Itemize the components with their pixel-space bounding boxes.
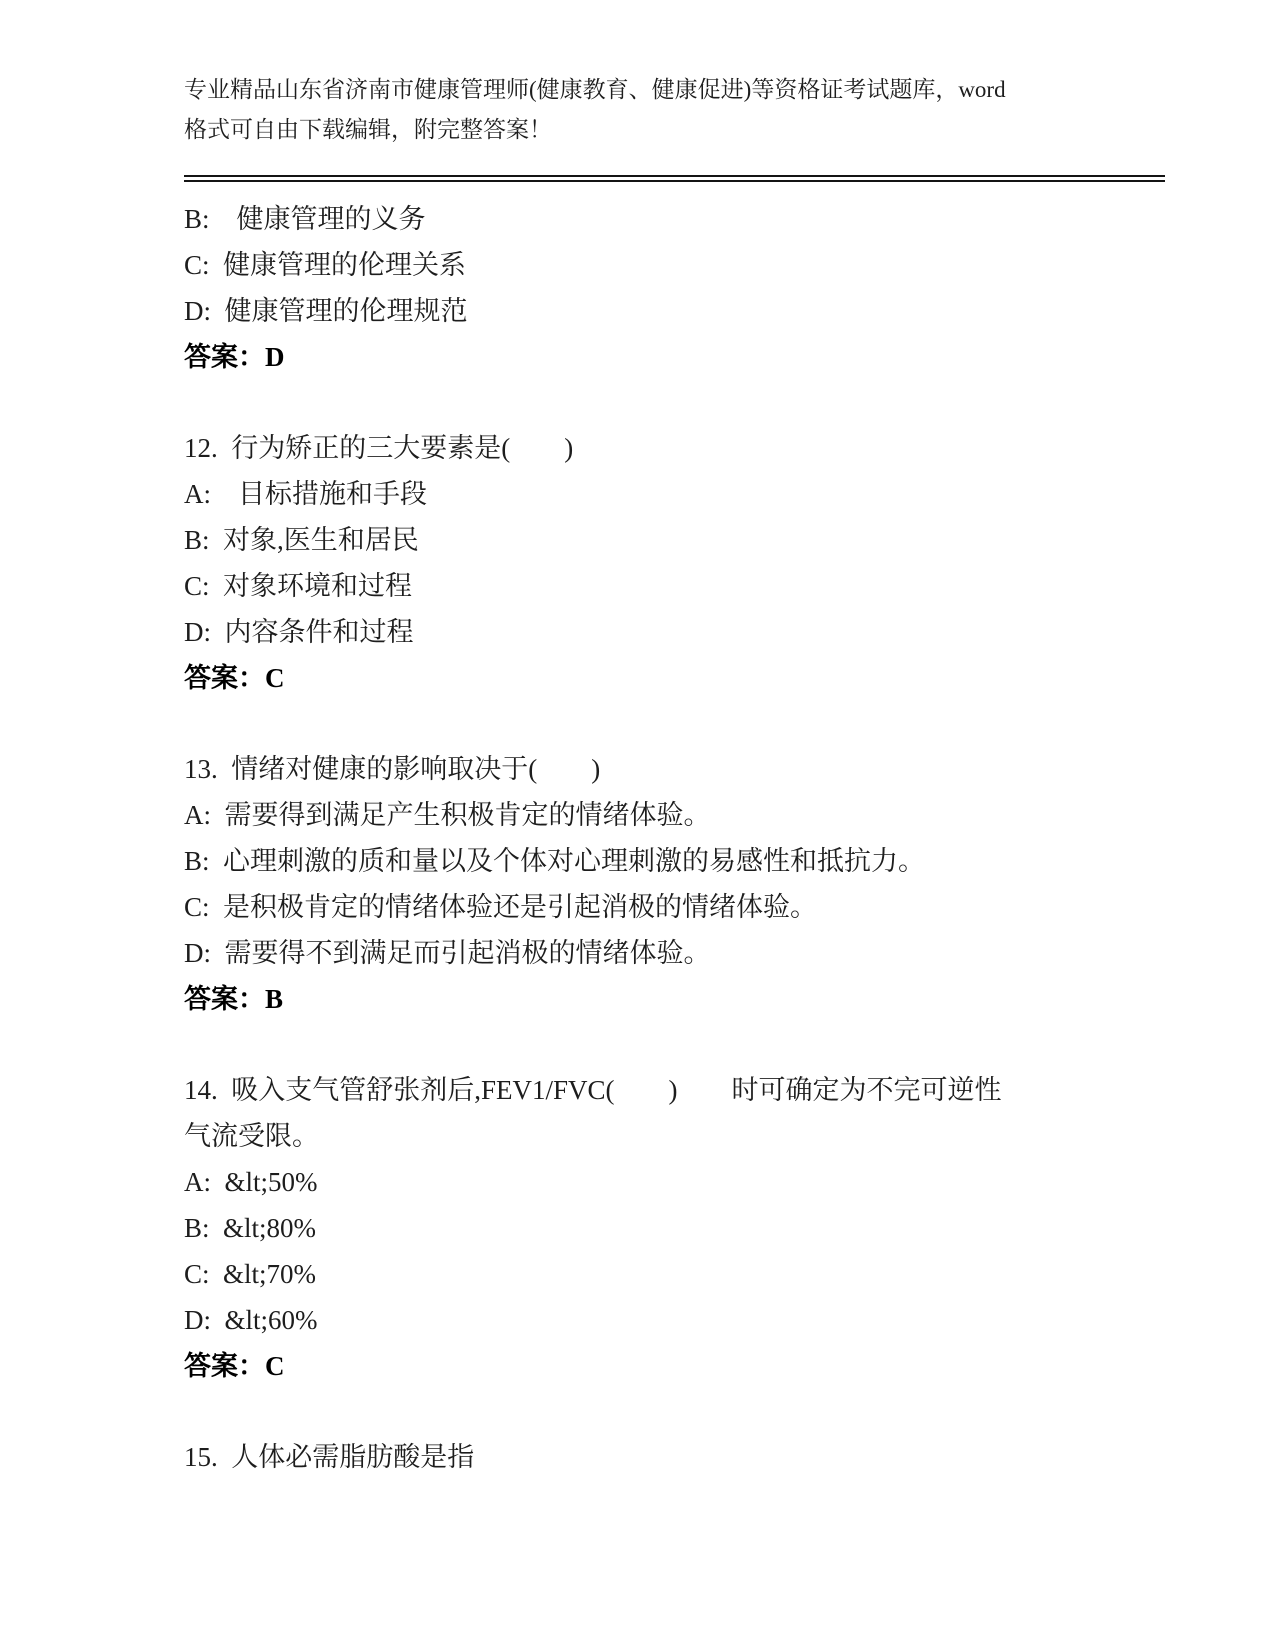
option-line-c: C: 对象环境和过程: [184, 563, 1165, 609]
header-double-rule: [184, 175, 1165, 182]
question-block-12: 12. 行为矫正的三大要素是( ) A: 目标措施和手段 B: 对象,医生和居民…: [184, 425, 1165, 701]
exam-document-page: 专业精品山东省济南市健康管理师(健康教育、健康促进)等资格证考试题库，word …: [0, 0, 1275, 1650]
question-block-15: 15. 人体必需脂肪酸是指: [184, 1434, 1165, 1480]
option-line-a: A: 需要得到满足产生积极肯定的情绪体验。: [184, 792, 1165, 838]
option-line-d: D: &lt;60%: [184, 1297, 1165, 1343]
option-line-a: A: 目标措施和手段: [184, 471, 1165, 517]
option-line-c: C: &lt;70%: [184, 1251, 1165, 1297]
answer-line: 答案：C: [184, 655, 1165, 701]
page-header: 专业精品山东省济南市健康管理师(健康教育、健康促进)等资格证考试题库，word …: [184, 70, 1165, 182]
option-line-d: D: 健康管理的伦理规范: [184, 288, 1165, 334]
answer-line: 答案：D: [184, 334, 1165, 380]
question-block-13: 13. 情绪对健康的影响取决于( ) A: 需要得到满足产生积极肯定的情绪体验。…: [184, 746, 1165, 1022]
question-list: B: 健康管理的义务 C: 健康管理的伦理关系 D: 健康管理的伦理规范 答案：…: [184, 196, 1165, 1480]
option-line-c: C: 是积极肯定的情绪体验还是引起消极的情绪体验。: [184, 884, 1165, 930]
question-title: 15. 人体必需脂肪酸是指: [184, 1434, 1165, 1480]
option-line-b: B: 对象,医生和居民: [184, 517, 1165, 563]
option-line-b: B: &lt;80%: [184, 1205, 1165, 1251]
option-line-a: A: &lt;50%: [184, 1159, 1165, 1205]
question-title: 12. 行为矫正的三大要素是( ): [184, 425, 1165, 471]
question-block-11: B: 健康管理的义务 C: 健康管理的伦理关系 D: 健康管理的伦理规范 答案：…: [184, 196, 1165, 380]
option-line-c: C: 健康管理的伦理关系: [184, 242, 1165, 288]
question-title: 14. 吸入支气管舒张剂后,FEV1/FVC( ) 时可确定为不完可逆性 气流受…: [184, 1067, 1165, 1159]
answer-line: 答案：C: [184, 1343, 1165, 1389]
question-title: 13. 情绪对健康的影响取决于( ): [184, 746, 1165, 792]
option-line-d: D: 需要得不到满足而引起消极的情绪体验。: [184, 930, 1165, 976]
header-note: 专业精品山东省济南市健康管理师(健康教育、健康促进)等资格证考试题库，word …: [184, 70, 1165, 150]
answer-line: 答案：B: [184, 976, 1165, 1022]
option-line-b: B: 心理刺激的质和量以及个体对心理刺激的易感性和抵抗力。: [184, 838, 1165, 884]
option-line-b: B: 健康管理的义务: [184, 196, 1165, 242]
question-block-14: 14. 吸入支气管舒张剂后,FEV1/FVC( ) 时可确定为不完可逆性 气流受…: [184, 1067, 1165, 1389]
option-line-d: D: 内容条件和过程: [184, 609, 1165, 655]
